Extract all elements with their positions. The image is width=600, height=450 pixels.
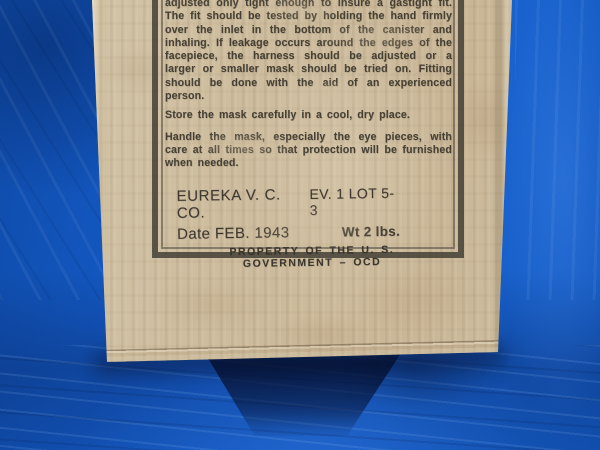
box-cast-shadow-penumbra bbox=[360, 352, 500, 412]
date-stamp: Date FEB. 1943 bbox=[177, 224, 290, 243]
weight-stamp: Wt 2 lbs. bbox=[342, 223, 400, 239]
maker-row: EUREKA V. C. CO. EV. 1 LOT 5-3 bbox=[176, 184, 399, 221]
stencil-label-frame: adjusted only tight enough to insure a g… bbox=[152, 0, 464, 258]
property-stamp: PROPERTY OF THE U. S. GOVERNMENT – OCD bbox=[189, 243, 434, 270]
maker-stamp-rows: EUREKA V. C. CO. EV. 1 LOT 5-3 Date FEB.… bbox=[176, 184, 400, 242]
date-row: Date FEB. 1943 Wt 2 lbs. bbox=[177, 222, 400, 242]
lot-number: EV. 1 LOT 5-3 bbox=[309, 184, 400, 217]
photo-scene: adjusted only tight enough to insure a g… bbox=[0, 0, 600, 450]
stencil-label-inner-rule: adjusted only tight enough to insure a g… bbox=[161, 0, 455, 249]
fabric-fold-right bbox=[515, 0, 600, 300]
storage-instruction-text: Store the mask carefully in a cool, dry … bbox=[165, 109, 452, 122]
maker-stamp-block: EUREKA V. C. CO. EV. 1 LOT 5-3 Date FEB.… bbox=[164, 184, 452, 271]
handling-instruction-text: Handle the mask, especially the eye piec… bbox=[165, 131, 452, 171]
fitting-instructions-text: adjusted only tight enough to insure a g… bbox=[165, 0, 452, 103]
maker-name: EUREKA V. C. CO. bbox=[176, 186, 309, 222]
